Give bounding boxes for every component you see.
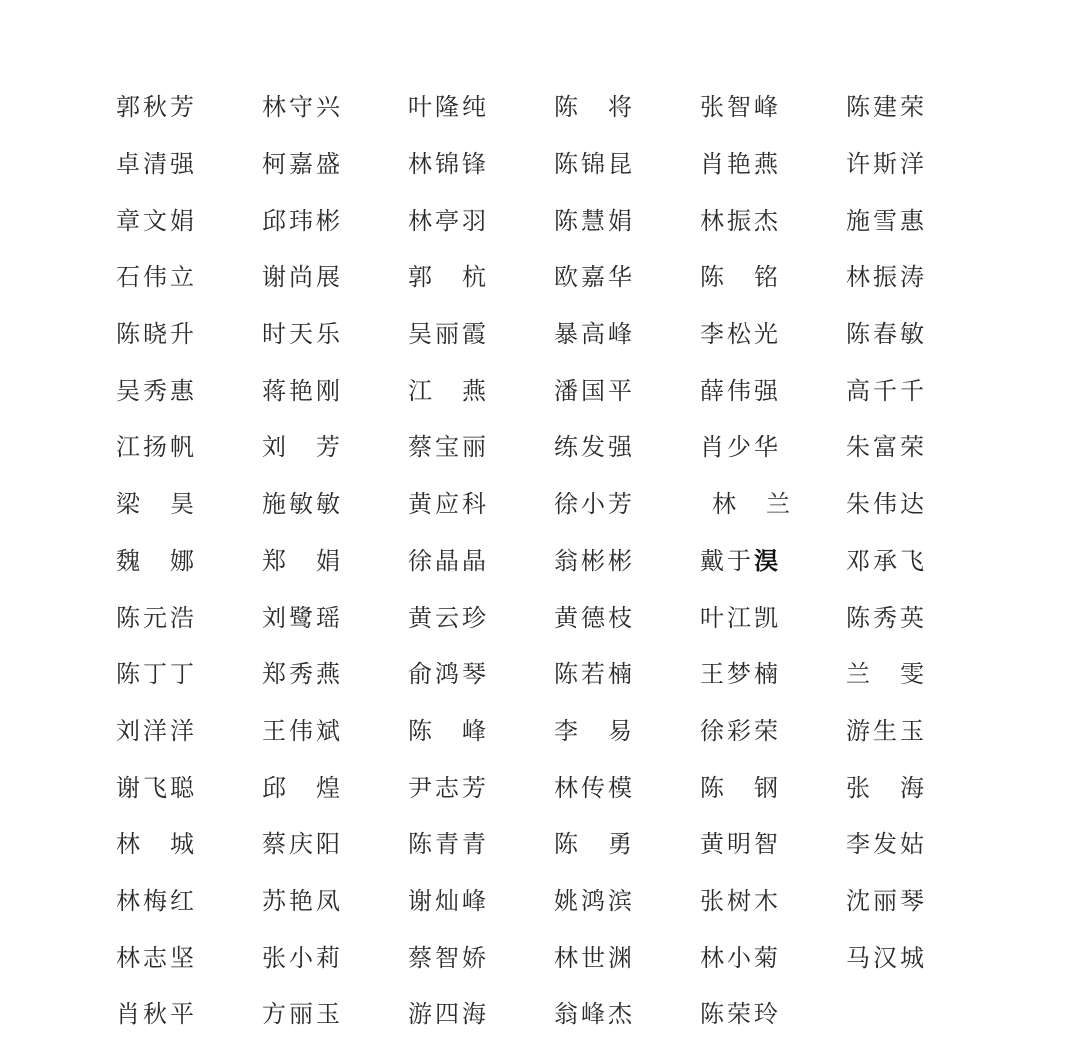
person-name: 张海 [846, 768, 924, 808]
name-list-grid: 郭秋芳林守兴叶隆纯陈将张智峰陈建荣卓清强柯嘉盛林锦锋陈锦昆肖艳燕许斯洋章文娟邱玮… [116, 79, 992, 1043]
name-cell: 李发姑 [846, 824, 992, 864]
name-cell: 肖秋平 [116, 994, 262, 1034]
name-cell: 陈将 [554, 87, 700, 127]
person-name: 游生玉 [846, 711, 924, 751]
name-cell: 蒋艳刚 [262, 371, 408, 411]
name-row: 卓清强柯嘉盛林锦锋陈锦昆肖艳燕许斯洋 [116, 136, 992, 193]
name-cell: 陈锦昆 [554, 144, 700, 184]
name-cell: 游四海 [408, 994, 554, 1034]
name-cell: 尹志芳 [408, 768, 554, 808]
person-name: 黄德枝 [554, 598, 632, 638]
name-cell: 吴丽霞 [408, 314, 554, 354]
person-name: 许斯洋 [846, 144, 924, 184]
person-name: 陈元浩 [116, 598, 194, 638]
name-cell: 许斯洋 [846, 144, 992, 184]
name-cell: 谢灿峰 [408, 881, 554, 921]
person-name: 郭秋芳 [116, 87, 194, 127]
person-name: 李发姑 [846, 824, 924, 864]
person-name: 王梦楠 [700, 654, 778, 694]
person-name: 黄应科 [408, 484, 486, 524]
name-cell: 游生玉 [846, 711, 992, 751]
name-cell: 魏娜 [116, 541, 262, 581]
person-name: 刘鹭瑶 [262, 598, 340, 638]
name-cell: 俞鸿琴 [408, 654, 554, 694]
person-name: 肖秋平 [116, 994, 194, 1034]
person-name: 暴高峰 [554, 314, 632, 354]
name-cell: 姚鸿滨 [554, 881, 700, 921]
person-name: 翁峰杰 [554, 994, 632, 1034]
name-cell: 时天乐 [262, 314, 408, 354]
person-name: 苏艳凤 [262, 881, 340, 921]
name-cell: 陈荣玲 [700, 994, 846, 1034]
name-cell: 蔡庆阳 [262, 824, 408, 864]
person-name: 李易 [554, 711, 632, 751]
person-name: 林锦锋 [408, 144, 486, 184]
name-cell: 石伟立 [116, 257, 262, 297]
name-cell: 肖少华 [700, 427, 846, 467]
name-cell: 陈铭 [700, 257, 846, 297]
name-cell: 蔡智娇 [408, 938, 554, 978]
person-name: 戴于淏 [700, 541, 778, 581]
name-cell: 邓承飞 [846, 541, 992, 581]
name-cell: 黄明智 [700, 824, 846, 864]
name-cell: 朱富荣 [846, 427, 992, 467]
person-name: 李松光 [700, 314, 778, 354]
person-name: 林守兴 [262, 87, 340, 127]
name-cell: 刘芳 [262, 427, 408, 467]
name-row: 肖秋平方丽玉游四海翁峰杰陈荣玲 [116, 986, 992, 1043]
person-name: 林梅红 [116, 881, 194, 921]
person-name: 兰雯 [846, 654, 924, 694]
name-cell: 陈晓升 [116, 314, 262, 354]
person-name: 林城 [116, 824, 194, 864]
person-name: 潘国平 [554, 371, 632, 411]
person-name: 刘洋洋 [116, 711, 194, 751]
name-cell: 陈钢 [700, 768, 846, 808]
person-name: 陈勇 [554, 824, 632, 864]
name-cell: 张小莉 [262, 938, 408, 978]
name-cell: 江燕 [408, 371, 554, 411]
person-name: 林兰 [712, 484, 790, 524]
person-name: 翁彬彬 [554, 541, 632, 581]
name-cell: 郭杭 [408, 257, 554, 297]
name-row: 林城蔡庆阳陈青青陈勇黄明智李发姑 [116, 816, 992, 873]
name-cell [846, 994, 992, 1034]
name-row: 梁昊施敏敏黄应科徐小芳林兰朱伟达 [116, 476, 992, 533]
person-name: 陈荣玲 [700, 994, 778, 1034]
name-cell: 朱伟达 [846, 484, 992, 524]
name-cell: 林振杰 [700, 201, 846, 241]
name-cell: 林小菊 [700, 938, 846, 978]
name-cell: 陈青青 [408, 824, 554, 864]
person-name: 张智峰 [700, 87, 778, 127]
name-cell: 谢飞聪 [116, 768, 262, 808]
name-cell: 林城 [116, 824, 262, 864]
name-cell: 郭秋芳 [116, 87, 262, 127]
person-name: 林小菊 [700, 938, 778, 978]
person-name: 张树木 [700, 881, 778, 921]
name-cell: 施雪惠 [846, 201, 992, 241]
person-name: 欧嘉华 [554, 257, 632, 297]
person-name: 陈峰 [408, 711, 486, 751]
name-cell: 邱玮彬 [262, 201, 408, 241]
name-cell: 林守兴 [262, 87, 408, 127]
person-name: 郭杭 [408, 257, 486, 297]
name-cell: 翁彬彬 [554, 541, 700, 581]
person-name: 徐晶晶 [408, 541, 486, 581]
person-name: 陈将 [554, 87, 632, 127]
name-cell: 张智峰 [700, 87, 846, 127]
name-cell: 叶江凯 [700, 598, 846, 638]
person-name: 陈若楠 [554, 654, 632, 694]
person-name: 叶江凯 [700, 598, 778, 638]
person-name: 陈丁丁 [116, 654, 194, 694]
name-cell: 谢尚展 [262, 257, 408, 297]
name-row: 江扬帆刘芳蔡宝丽练发强肖少华朱富荣 [116, 419, 992, 476]
person-name: 蔡庆阳 [262, 824, 340, 864]
name-cell: 暴高峰 [554, 314, 700, 354]
name-cell: 陈秀英 [846, 598, 992, 638]
person-name: 施敏敏 [262, 484, 340, 524]
person-name: 谢飞聪 [116, 768, 194, 808]
name-row: 吴秀惠蒋艳刚江燕潘国平薛伟强高千千 [116, 362, 992, 419]
person-name: 徐小芳 [554, 484, 632, 524]
person-name: 江燕 [408, 371, 486, 411]
person-name: 吴丽霞 [408, 314, 486, 354]
name-cell: 林世渊 [554, 938, 700, 978]
name-cell: 徐彩荣 [700, 711, 846, 751]
person-name: 黄明智 [700, 824, 778, 864]
name-cell: 陈丁丁 [116, 654, 262, 694]
person-name: 俞鸿琴 [408, 654, 486, 694]
person-name: 朱伟达 [846, 484, 924, 524]
name-cell: 欧嘉华 [554, 257, 700, 297]
person-name: 肖艳燕 [700, 144, 778, 184]
name-cell: 邱煌 [262, 768, 408, 808]
person-name: 邱煌 [262, 768, 340, 808]
name-cell: 蔡宝丽 [408, 427, 554, 467]
name-row: 郭秋芳林守兴叶隆纯陈将张智峰陈建荣 [116, 79, 992, 136]
name-row: 魏娜郑娟徐晶晶翁彬彬戴于淏邓承飞 [116, 533, 992, 590]
name-cell: 方丽玉 [262, 994, 408, 1034]
person-name: 陈春敏 [846, 314, 924, 354]
person-name: 王伟斌 [262, 711, 340, 751]
person-name: 陈晓升 [116, 314, 194, 354]
person-name: 林振杰 [700, 201, 778, 241]
person-name: 邱玮彬 [262, 201, 340, 241]
name-row: 石伟立谢尚展郭杭欧嘉华陈铭林振涛 [116, 249, 992, 306]
name-cell: 刘鹭瑶 [262, 598, 408, 638]
name-cell: 林传模 [554, 768, 700, 808]
person-name: 时天乐 [262, 314, 340, 354]
person-name: 姚鸿滨 [554, 881, 632, 921]
name-cell: 黄云珍 [408, 598, 554, 638]
name-cell: 卓清强 [116, 144, 262, 184]
name-cell: 林锦锋 [408, 144, 554, 184]
person-name: 陈钢 [700, 768, 778, 808]
person-name: 石伟立 [116, 257, 194, 297]
person-name: 张小莉 [262, 938, 340, 978]
name-cell: 李松光 [700, 314, 846, 354]
person-name: 薛伟强 [700, 371, 778, 411]
person-name: 肖少华 [700, 427, 778, 467]
person-name: 林志坚 [116, 938, 194, 978]
person-name: 陈慧娟 [554, 201, 632, 241]
person-name: 蔡宝丽 [408, 427, 486, 467]
person-name: 游四海 [408, 994, 486, 1034]
name-cell: 兰雯 [846, 654, 992, 694]
person-name: 谢灿峰 [408, 881, 486, 921]
person-name: 尹志芳 [408, 768, 486, 808]
person-name: 高千千 [846, 371, 924, 411]
person-name: 叶隆纯 [408, 87, 486, 127]
name-cell: 陈若楠 [554, 654, 700, 694]
name-cell: 刘洋洋 [116, 711, 262, 751]
name-cell: 叶隆纯 [408, 87, 554, 127]
person-name: 蔡智娇 [408, 938, 486, 978]
name-cell: 陈峰 [408, 711, 554, 751]
name-cell: 薛伟强 [700, 371, 846, 411]
name-row: 刘洋洋王伟斌陈峰李易徐彩荣游生玉 [116, 703, 992, 760]
person-name: 江扬帆 [116, 427, 194, 467]
person-name: 施雪惠 [846, 201, 924, 241]
name-row: 陈元浩刘鹭瑶黄云珍黄德枝叶江凯陈秀英 [116, 589, 992, 646]
name-cell: 林志坚 [116, 938, 262, 978]
name-cell: 沈丽琴 [846, 881, 992, 921]
name-cell: 戴于淏 [700, 541, 846, 581]
name-cell: 高千千 [846, 371, 992, 411]
name-cell: 陈春敏 [846, 314, 992, 354]
name-cell: 陈慧娟 [554, 201, 700, 241]
name-cell: 张海 [846, 768, 992, 808]
person-name: 章文娟 [116, 201, 194, 241]
person-name: 马汉城 [846, 938, 924, 978]
name-cell: 潘国平 [554, 371, 700, 411]
name-cell: 柯嘉盛 [262, 144, 408, 184]
person-name: 刘芳 [262, 427, 340, 467]
name-cell: 施敏敏 [262, 484, 408, 524]
person-name: 陈锦昆 [554, 144, 632, 184]
name-cell: 梁昊 [116, 484, 262, 524]
name-cell: 林梅红 [116, 881, 262, 921]
name-row: 林梅红苏艳凤谢灿峰姚鸿滨张树木沈丽琴 [116, 873, 992, 930]
name-cell: 江扬帆 [116, 427, 262, 467]
person-name: 陈秀英 [846, 598, 924, 638]
person-name: 吴秀惠 [116, 371, 194, 411]
person-name: 林振涛 [846, 257, 924, 297]
name-cell: 徐晶晶 [408, 541, 554, 581]
name-cell: 苏艳凤 [262, 881, 408, 921]
person-name: 柯嘉盛 [262, 144, 340, 184]
name-row: 陈丁丁郑秀燕俞鸿琴陈若楠王梦楠兰雯 [116, 646, 992, 703]
person-name: 郑秀燕 [262, 654, 340, 694]
person-name: 林传模 [554, 768, 632, 808]
name-cell: 徐小芳 [554, 484, 700, 524]
name-cell: 马汉城 [846, 938, 992, 978]
person-name: 郑娟 [262, 541, 340, 581]
person-name: 沈丽琴 [846, 881, 924, 921]
person-name: 蒋艳刚 [262, 371, 340, 411]
person-name: 朱富荣 [846, 427, 924, 467]
name-cell: 翁峰杰 [554, 994, 700, 1034]
name-row: 章文娟邱玮彬林亭羽陈慧娟林振杰施雪惠 [116, 192, 992, 249]
name-cell: 吴秀惠 [116, 371, 262, 411]
person-name: 卓清强 [116, 144, 194, 184]
name-cell: 黄应科 [408, 484, 554, 524]
name-cell: 肖艳燕 [700, 144, 846, 184]
person-name: 魏娜 [116, 541, 194, 581]
person-name: 陈建荣 [846, 87, 924, 127]
name-row: 林志坚张小莉蔡智娇林世渊林小菊马汉城 [116, 929, 992, 986]
person-name: 陈青青 [408, 824, 486, 864]
person-name: 黄云珍 [408, 598, 486, 638]
person-name: 谢尚展 [262, 257, 340, 297]
name-cell: 林振涛 [846, 257, 992, 297]
person-name: 林亭羽 [408, 201, 486, 241]
name-row: 谢飞聪邱煌尹志芳林传模陈钢张海 [116, 759, 992, 816]
person-name: 邓承飞 [846, 541, 924, 581]
name-cell: 李易 [554, 711, 700, 751]
name-row: 陈晓升时天乐吴丽霞暴高峰李松光陈春敏 [116, 306, 992, 363]
name-cell: 陈元浩 [116, 598, 262, 638]
name-cell: 陈勇 [554, 824, 700, 864]
name-cell: 王伟斌 [262, 711, 408, 751]
name-cell: 黄德枝 [554, 598, 700, 638]
name-cell: 陈建荣 [846, 87, 992, 127]
name-cell: 王梦楠 [700, 654, 846, 694]
person-name: 陈铭 [700, 257, 778, 297]
person-name: 练发强 [554, 427, 632, 467]
person-name: 梁昊 [116, 484, 194, 524]
name-cell: 章文娟 [116, 201, 262, 241]
name-cell: 郑秀燕 [262, 654, 408, 694]
name-cell: 林亭羽 [408, 201, 554, 241]
person-name: 方丽玉 [262, 994, 340, 1034]
name-cell: 郑娟 [262, 541, 408, 581]
person-name: 徐彩荣 [700, 711, 778, 751]
person-name: 林世渊 [554, 938, 632, 978]
name-cell: 林兰 [700, 484, 846, 524]
name-cell: 练发强 [554, 427, 700, 467]
name-cell: 张树木 [700, 881, 846, 921]
